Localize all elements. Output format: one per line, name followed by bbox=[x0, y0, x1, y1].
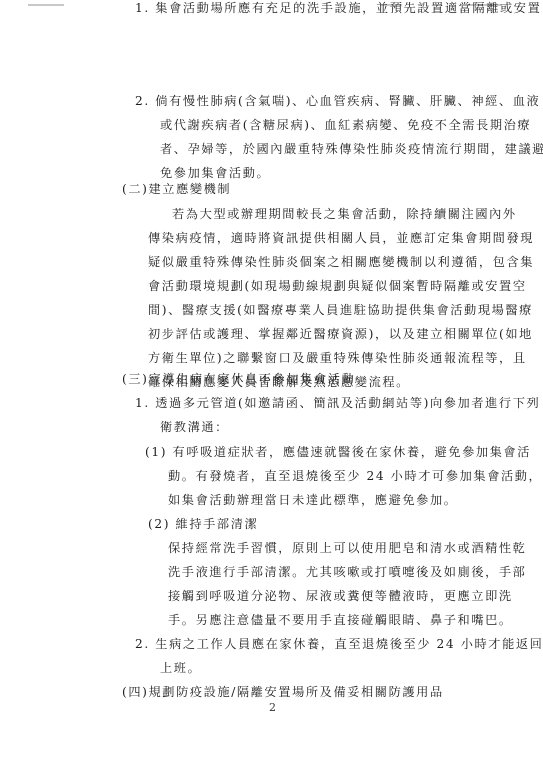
text-line: (三)宣導生病在家休息不參加集會活動 bbox=[122, 371, 355, 387]
text-line: 若為大型或辦理期間較長之集會活動，除持續關注國內外 bbox=[172, 206, 517, 222]
text-line: 洗手液進行手部清潔。尤其咳嗽或打噴嚏後及如廁後，手部 bbox=[168, 564, 526, 580]
text-line: 會活動環境規劃(如現場動線規劃與疑似個案暫時隔離或安置空 bbox=[148, 278, 527, 294]
text-line: 衛教溝通： bbox=[160, 419, 229, 435]
text-line: 間)、醫療支援(如醫療專業人員進駐協助提供集會活動現場醫療 bbox=[148, 302, 533, 318]
text-line: 動。有發燒者，直至退燒後至少 24 小時才可參加集會活動， bbox=[168, 468, 542, 484]
text-line: 免參加集會活動。 bbox=[160, 165, 270, 181]
text-line: (二)建立應變機制 bbox=[122, 181, 231, 197]
text-line: (1) 有呼吸道症狀者，應儘速就醫後在家休養，避免參加集會活 bbox=[145, 444, 531, 460]
text-line: 疑似嚴重特殊傳染性肺炎個案之相關應變機制以利遵循，包含集 bbox=[148, 254, 534, 270]
text-line: (四)規劃防疫設施/隔離安置場所及備妥相關防護用品 bbox=[122, 684, 444, 700]
text-line: 者、孕婦等，於國內嚴重特殊傳染性肺炎疫情流行期間，建議避 bbox=[160, 141, 543, 157]
page-number: 2 bbox=[269, 701, 276, 714]
text-line: 1. 透過多元管道(如邀請函、簡訊及活動網站等)向參加者進行下列 bbox=[135, 395, 540, 411]
text-line: 保持經常洗手習慣，原則上可以使用肥皂和清水或酒精性乾 bbox=[168, 540, 526, 556]
text-line: 方衛生單位)之聯繫窗口及嚴重特殊傳染性肺炎通報流程等，且 bbox=[148, 350, 527, 366]
text-line: 2. 生病之工作人員應在家休養，直至退燒後至少 24 小時才能返回 bbox=[135, 636, 543, 652]
text-line: 傳染病疫情，適時將資訊提供相關人員，並應訂定集會期間發現 bbox=[148, 230, 534, 246]
text-line: 接觸到呼吸道分泌物、尿液或糞便等體液時，更應立即洗 bbox=[168, 588, 513, 604]
text-line: 如集會活動辦理當日未達此標準，應避免參加。 bbox=[168, 492, 458, 508]
text-line: 2. 倘有慢性肺病(含氣喘)、心血管疾病、腎臟、肝臟、神經、血液 bbox=[135, 93, 540, 109]
text-line: (2) 維持手部清潔 bbox=[148, 516, 258, 532]
scan-header-mark-left bbox=[28, 4, 64, 6]
text-line: 1. 集會活動場所應有充足的洗手設施，並預先設置適當隔離或安置 bbox=[135, 0, 541, 16]
text-line: 初步評估或護理、掌握鄰近醫療資源)，以及建立相關單位(如地 bbox=[148, 326, 533, 342]
text-line: 手。另應注意儘量不要用手直接碰觸眼睛、鼻子和嘴巴。 bbox=[168, 612, 513, 628]
text-line: 或代謝疾病者(含糖尿病)、血紅素病變、免疫不全需長期治療 bbox=[160, 117, 531, 133]
text-line: 上班。 bbox=[160, 660, 201, 676]
